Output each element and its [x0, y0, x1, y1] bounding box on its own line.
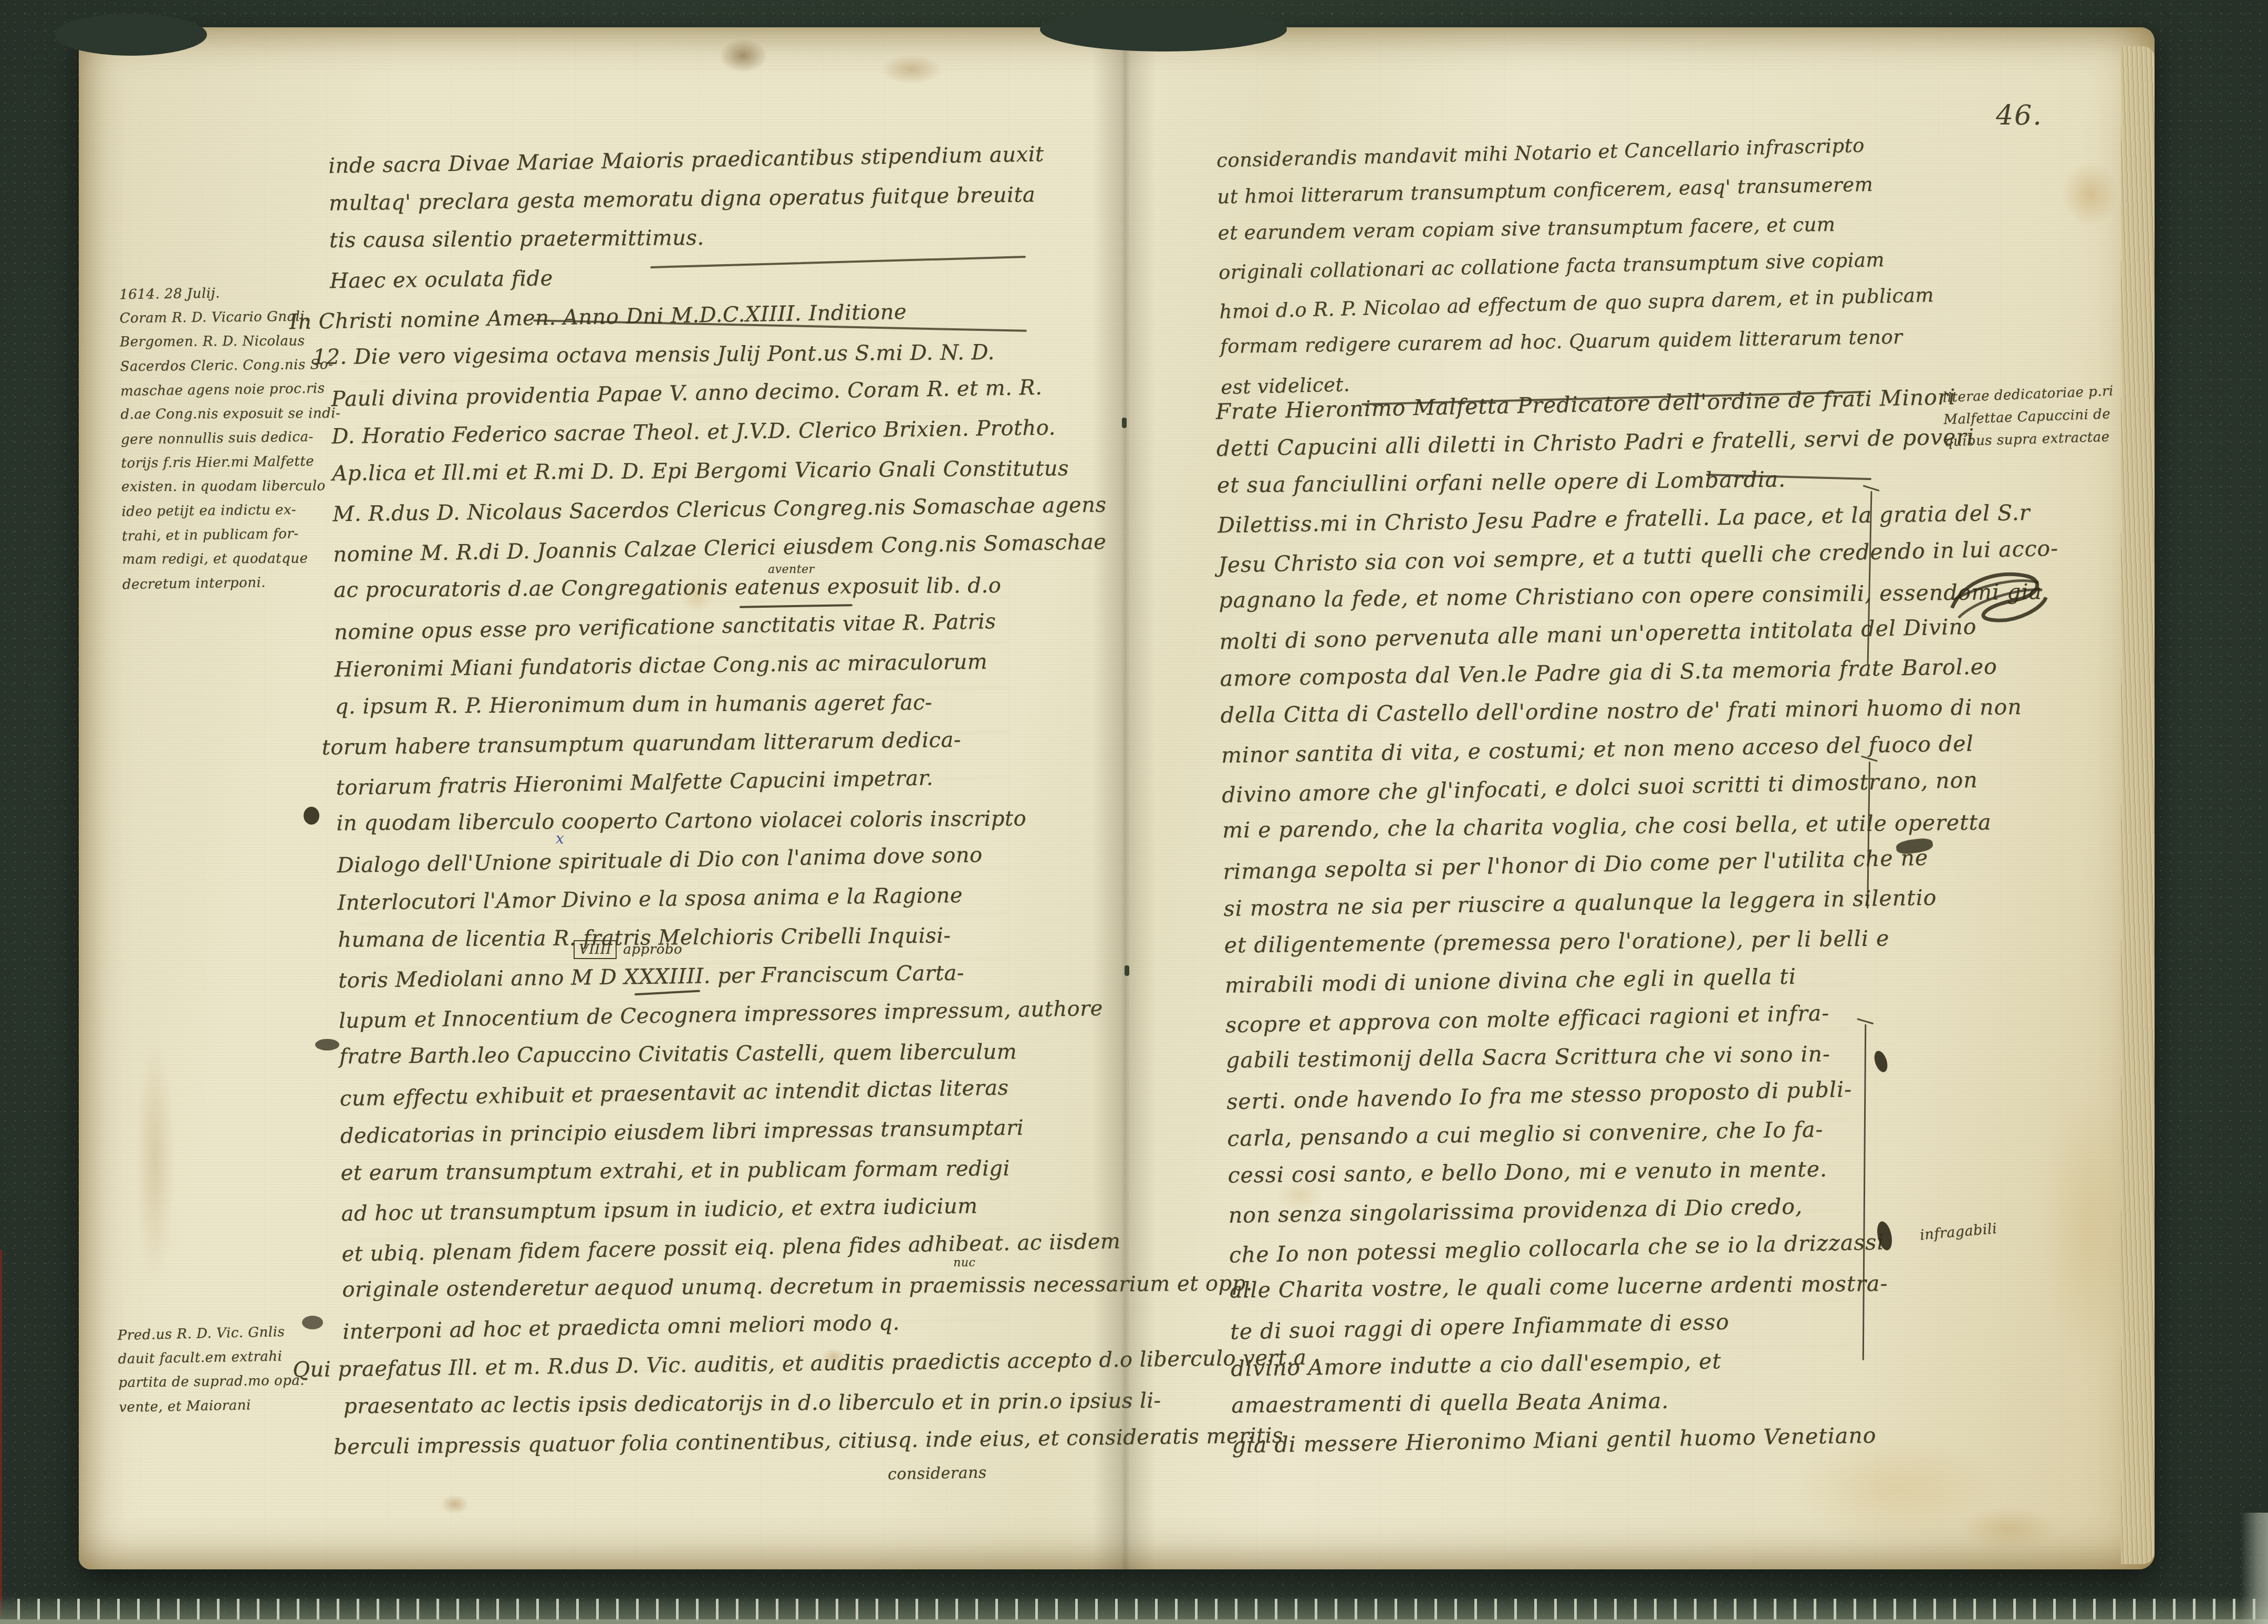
manuscript-line: tis causa silentio praetermittimus.	[329, 216, 1033, 259]
margin-note-line: mam redigi, et quodatque	[122, 546, 348, 571]
margin-note-line: dauit facult.em extrahi	[118, 1343, 349, 1371]
ink-scribble-strokes	[1942, 558, 2055, 640]
margin-note-line: vente, et Maiorani	[119, 1391, 350, 1420]
gutter-fold	[1093, 27, 1156, 1569]
paper-stain	[2051, 150, 2130, 239]
interlinear-insertion: aventer	[768, 563, 815, 576]
catchword: considerans	[888, 1463, 987, 1483]
photo-background: 1614. 28 Julij.Coram R. D. Vicario Gnali…	[0, 0, 2268, 1624]
manuscript-line: praesentato ac lectis ipsis dedicatorijs…	[344, 1382, 1047, 1425]
boxed-numeral: VIIII	[574, 940, 617, 959]
margin-note-line: torijs f.ris Hier.mi Malfette	[121, 449, 347, 476]
margin-note-line: gere nonnullis suis dedica-	[121, 424, 347, 452]
manuscript-line: et diligentemente (premessa pero l'orati…	[1224, 919, 1886, 964]
ink-blot	[302, 1316, 323, 1329]
ink-blot	[315, 1039, 339, 1050]
paper-stain	[709, 32, 777, 80]
margin-note-line: maschae agens noie proc.ris	[120, 376, 347, 403]
boxed-correction: VIIIIapprobo	[574, 940, 682, 959]
manuscript-line: della Citta di Castello dell'ordine nost…	[1220, 689, 1882, 734]
margin-note-line: Sacerdos Cleric. Cong.nis So-	[120, 352, 346, 379]
folio-number: 46.	[1996, 100, 2043, 131]
manuscript-line: q. ipsum R. P. Hieronimum dum in humanis…	[335, 682, 1038, 726]
margin-note-line: partita de suprad.mo opa.	[118, 1368, 350, 1394]
superscript-note: nuc	[953, 1256, 975, 1269]
correction-word: approbo	[623, 942, 682, 957]
manuscript-line: et sua fanciullini orfani nelle opere di…	[1216, 460, 1879, 505]
photo-left-edge-line	[0, 1250, 2, 1624]
margin-note-line: d.ae Cong.nis exposuit se indi-	[120, 401, 346, 426]
paper-edge-notch	[55, 14, 207, 56]
right-margin-note: literae dedicatoriae p.riMalfettae Capuc…	[1942, 379, 2165, 454]
right-page-letter-block: Frate Hieronimo Malfetta Predicatore del…	[1215, 381, 1894, 1465]
paper-stain	[1938, 1497, 2080, 1560]
photo-right-edge-strip	[2241, 1513, 2268, 1624]
ink-blot	[304, 807, 319, 825]
manuscript-line: cessi cosi santo, e bello Dono, mi e ven…	[1227, 1149, 1890, 1194]
paper-stain	[435, 1491, 475, 1518]
paper-stain	[129, 998, 181, 1324]
ink-scribble	[1942, 558, 2056, 642]
left-page-text-block: inde sacra Divae Mariae Maioris praedica…	[328, 137, 1048, 1466]
margin-word: infragabili	[1919, 1221, 1997, 1244]
margin-note-line: trahi, et in publicam for-	[122, 521, 348, 548]
left-margin-note-bottom: Pred.us R. D. Vic. Gnlisdauit facult.em …	[117, 1319, 350, 1420]
manuscript-line: berculi impressis quatuor folia continen…	[334, 1419, 1048, 1467]
page-stack-fore-edge	[2121, 46, 2155, 1564]
manuscript-line: et earum transumptum extrahi, et in publ…	[340, 1149, 1044, 1192]
blue-collation-mark: x	[556, 830, 564, 847]
margin-note-line: decretum interponi.	[122, 569, 349, 597]
manuscript-line: amaestramenti di quella Beata Anima.	[1231, 1379, 1894, 1424]
margin-note-line: existen. in quodam liberculo	[121, 474, 347, 499]
paper-stain	[867, 48, 956, 90]
right-page-latin-block: considerandis mandavit mihi Notario et C…	[1216, 128, 1893, 405]
binding-stitch	[1122, 418, 1127, 428]
manuscript-spread: 1614. 28 Julij.Coram R. D. Vicario Gnali…	[79, 27, 2155, 1569]
paper-edge-notch	[1040, 7, 1287, 51]
ruler-band	[0, 1619, 2268, 1624]
ruler-ticks	[0, 1599, 2268, 1621]
manuscript-line: Ap.lica et Ill.mi et R.mi D. D. Epi Berg…	[332, 449, 1036, 493]
binding-stitch	[1125, 965, 1129, 976]
ruler-scale	[0, 1595, 2268, 1624]
margin-note-line: ideo petijt ea indictu ex-	[121, 497, 347, 524]
manuscript-line: humana de licentia R. fratris Melchioris…	[338, 915, 1042, 959]
